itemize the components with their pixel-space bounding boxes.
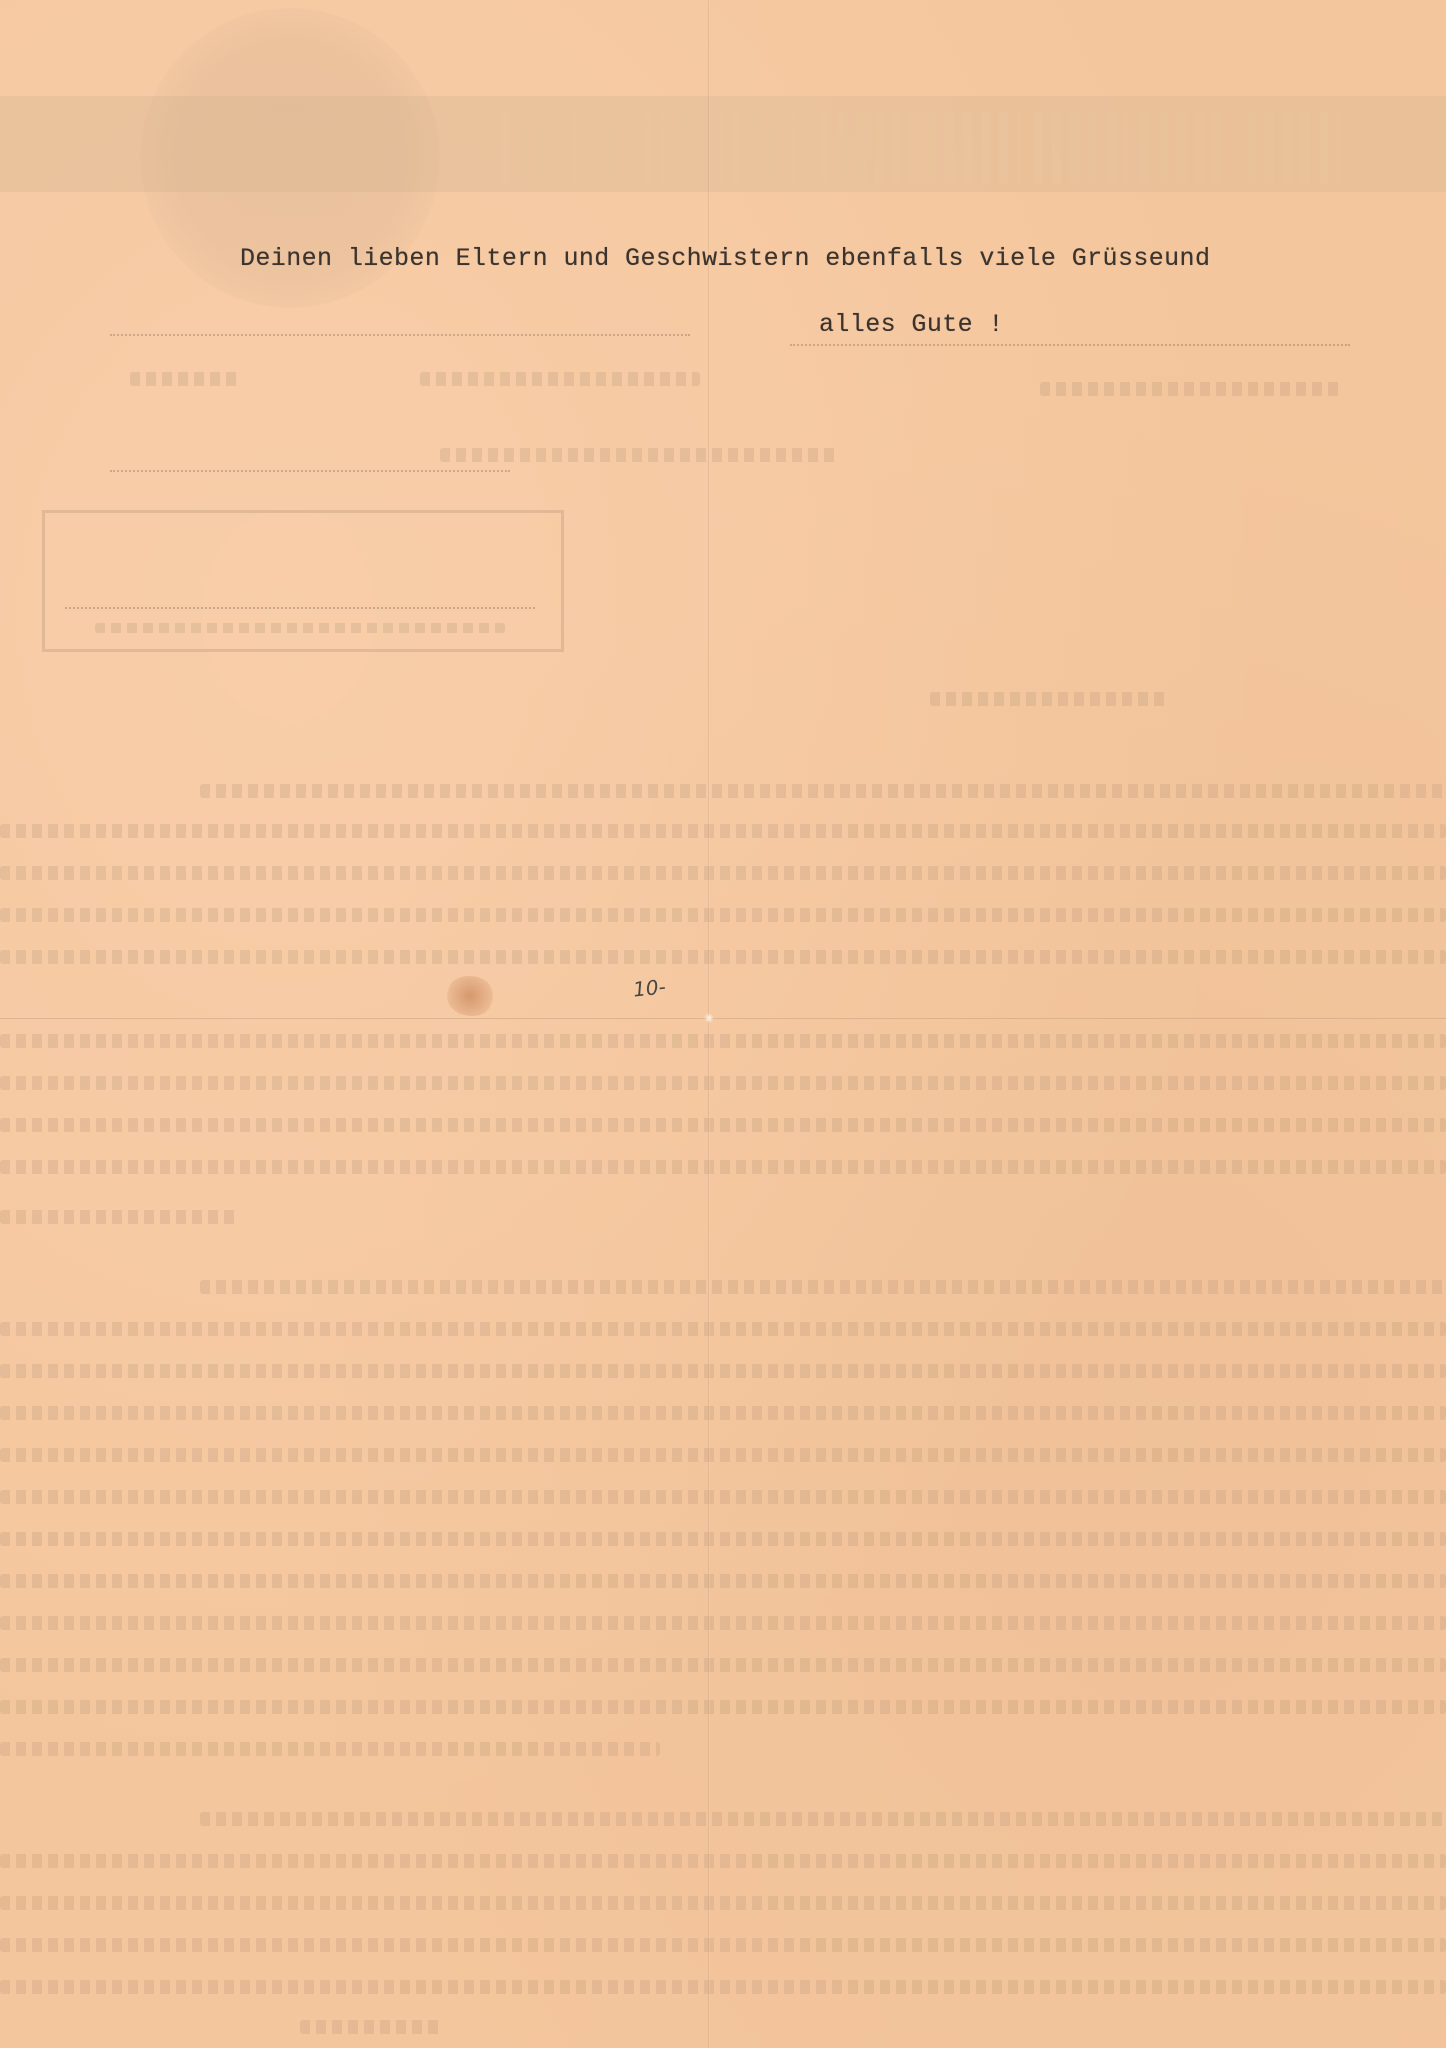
address-box-show-through <box>42 510 564 652</box>
typed-greeting-line-1: Deinen lieben Eltern und Geschwistern eb… <box>240 244 1210 273</box>
dotted-rule <box>790 344 1350 346</box>
vertical-fold-line <box>708 0 710 2048</box>
ghost-text <box>440 448 840 462</box>
paper-background <box>0 0 1446 2048</box>
typed-greeting-line-2: alles Gute ! <box>819 310 1004 339</box>
fold-intersection <box>704 1013 714 1023</box>
pencil-annotation: 10- <box>632 974 667 1001</box>
horizontal-fold-line <box>0 1018 1446 1020</box>
dotted-rule <box>110 470 510 472</box>
ghost-text <box>1040 382 1340 396</box>
letterhead-title-show-through <box>500 112 1340 184</box>
stain-mark <box>446 976 494 1016</box>
dotted-rule <box>110 334 690 336</box>
ghost-text <box>130 372 240 386</box>
ghost-text <box>420 372 700 386</box>
